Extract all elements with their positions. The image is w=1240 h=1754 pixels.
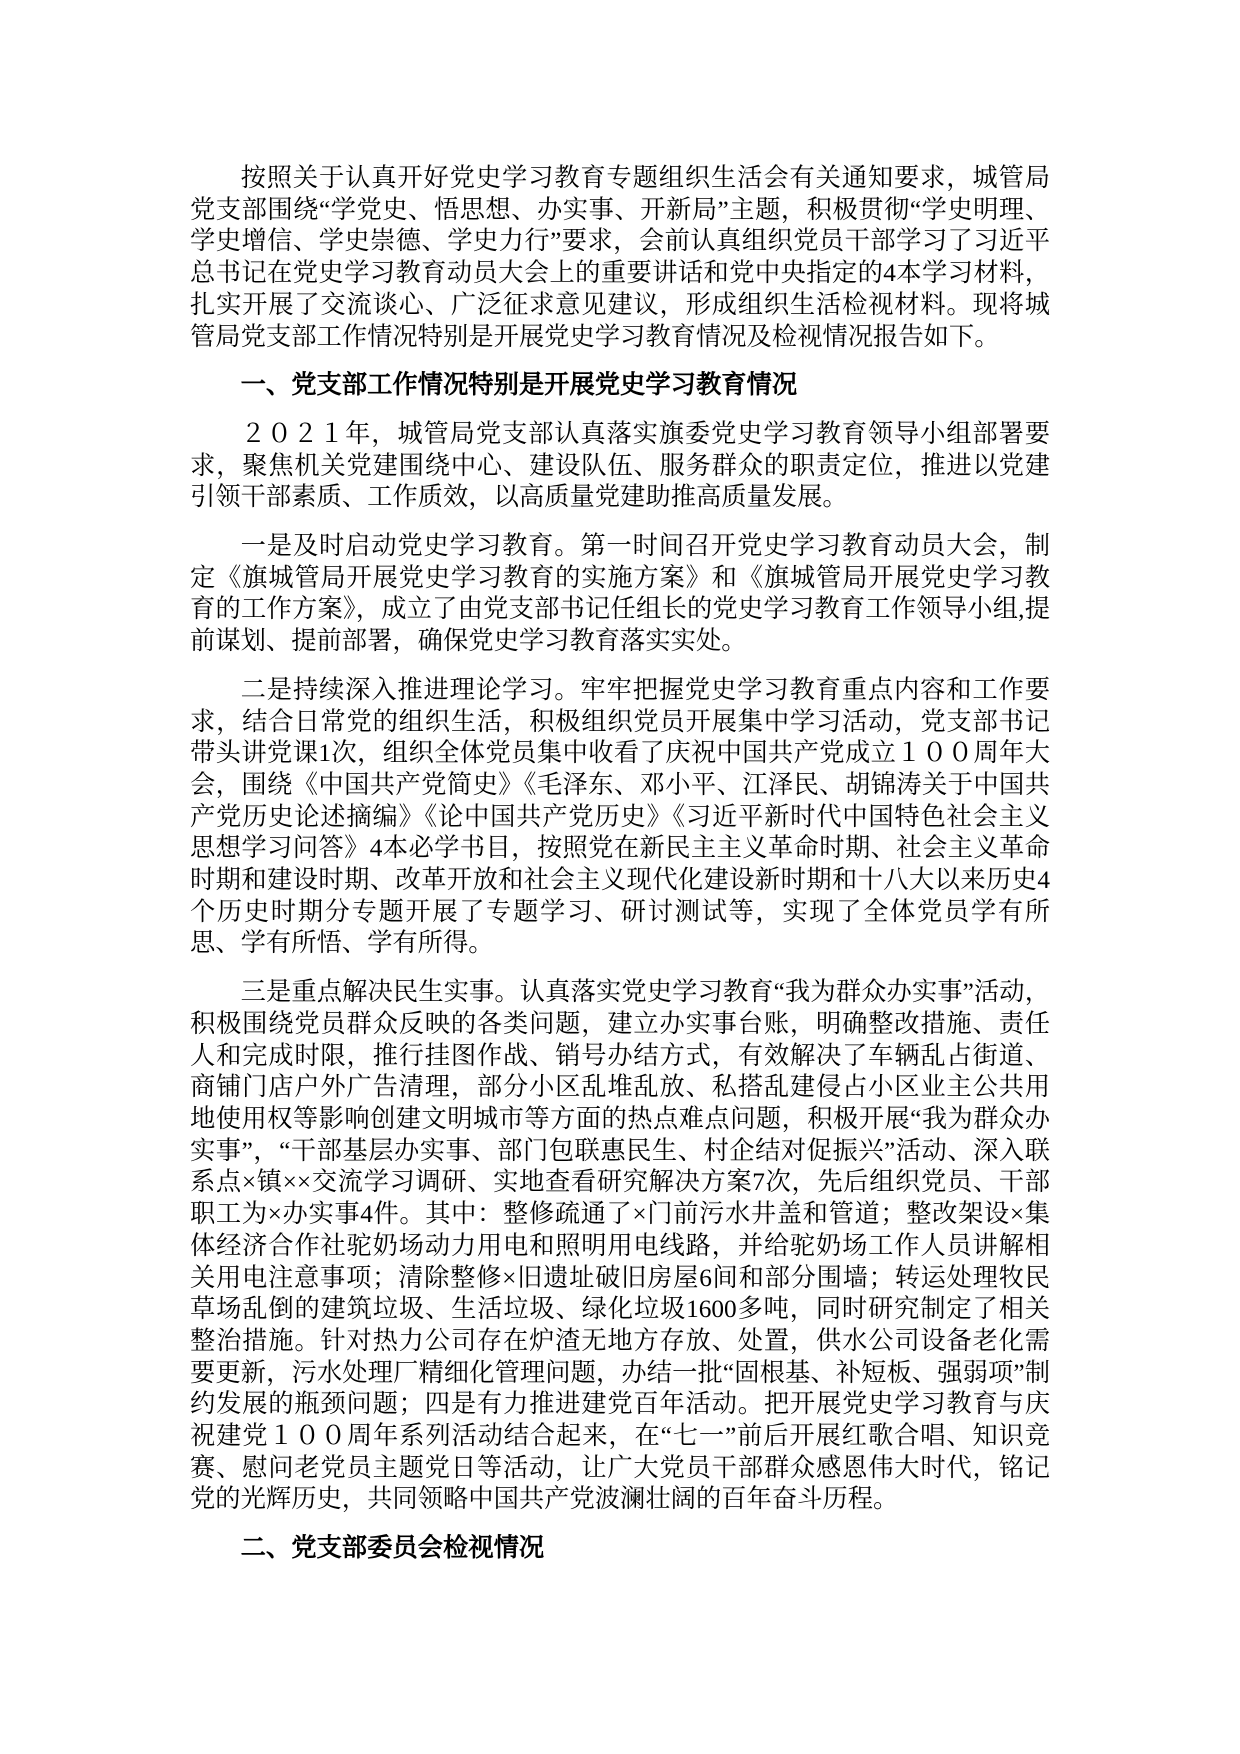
paragraph-2021-overview: ２０２１年，城管局党支部认真落实旗委党史学习教育领导小组部署要求，聚焦机关党建围… <box>190 419 1050 514</box>
document-body: 按照关于认真开好党史学习教育专题组织生活会有关通知要求，城管局党支部围绕“学党史… <box>190 163 1050 1565</box>
paragraph-point-2-theory-study: 二是持续深入推进理论学习。牢牢把握党史学习教育重点内容和工作要求，结合日常党的组… <box>190 675 1050 960</box>
heading-section-2: 二、党支部委员会检视情况 <box>190 1533 1050 1565</box>
document-page: 按照关于认真开好党史学习教育专题组织生活会有关通知要求，城管局党支部围绕“学党史… <box>0 0 1240 1754</box>
paragraph-point-1-launch-education: 一是及时启动党史学习教育。第一时间召开党史学习教育动员大会，制定《旗城管局开展党… <box>190 531 1050 658</box>
paragraph-intro: 按照关于认真开好党史学习教育专题组织生活会有关通知要求，城管局党支部围绕“学党史… <box>190 163 1050 353</box>
paragraph-point-3-livelihood-deeds: 三是重点解决民生实事。认真落实党史学习教育“我为群众办实事”活动，积极围绕党员群… <box>190 977 1050 1516</box>
heading-section-1: 一、党支部工作情况特别是开展党史学习教育情况 <box>190 370 1050 402</box>
